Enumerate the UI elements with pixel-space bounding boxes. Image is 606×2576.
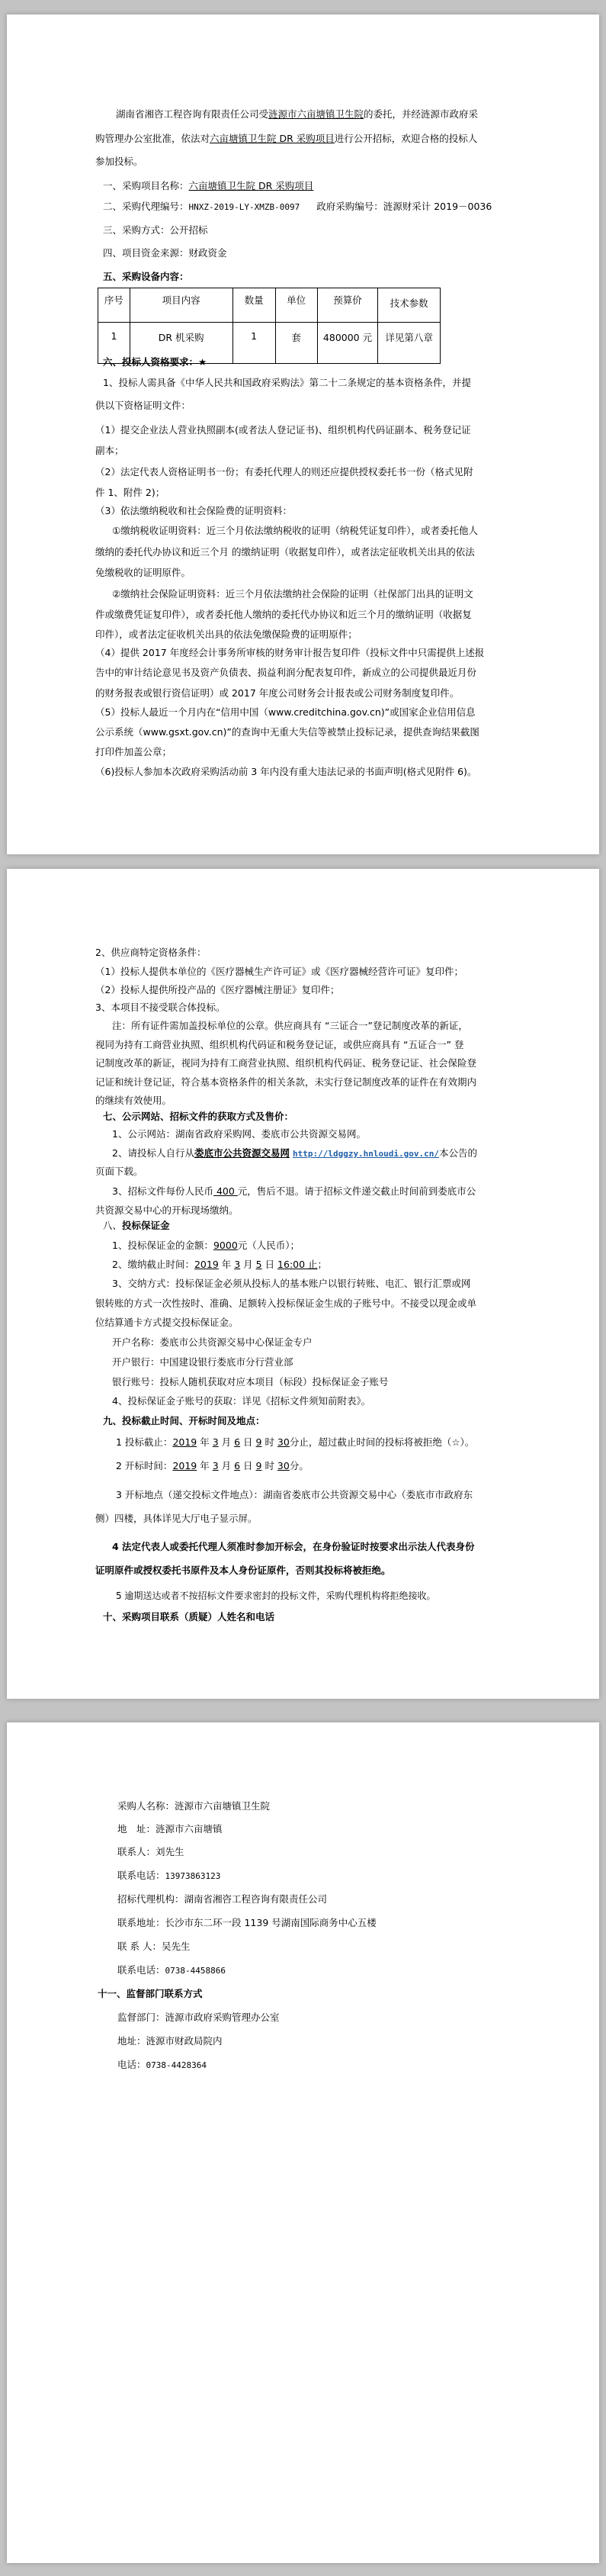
- bid-deadline-year: 2019: [172, 1436, 197, 1448]
- s6-item-4-line-2: 告中的审计结论意见书及资产负债表、损益利润分配表复印件，新成立的公司提供最近月份: [95, 667, 515, 679]
- opening-year: 2019: [172, 1460, 197, 1471]
- s6-item-5-line-3: 打印件加盖公章；: [95, 746, 515, 758]
- buyer-address: 地 址：涟源市六亩塘镇: [117, 1823, 537, 1835]
- document-price: 400: [213, 1185, 238, 1197]
- procurement-table: 序号 项目内容 数量 单位 预算价 技术参数 1 DR 机采购 1 套 4800…: [98, 288, 441, 364]
- s8-text: 1、投标保证金的金额：: [112, 1240, 213, 1251]
- deadline-year: 2019: [194, 1259, 219, 1270]
- section-5-heading: 五、采购设备内容：: [103, 271, 522, 283]
- intro-line-3: 参加投标。: [95, 156, 515, 168]
- s7-item-3-line-2: 共资源交易中心的开标现场缴纳。: [95, 1204, 515, 1217]
- supervisor-phone: 电话：0738-4428364: [117, 2059, 537, 2072]
- deadline-time: 16:00 止: [277, 1259, 318, 1270]
- s6-para-1-line-1: 1、投标人需具备《中华人民共和国政府采购法》第二十二条规定的基本资格条件，并提: [103, 377, 522, 389]
- q2-item-1: （1）投标人提供本单位的《医疗器械生产许可证》或《医疗器械经营许可证》复印件；: [95, 966, 515, 978]
- s6-item-2-line-2: 件 1、附件 2)；: [95, 487, 515, 499]
- s7-text: 元，售后不退。请于招标文件递交截止时间前到娄底市公: [238, 1185, 476, 1197]
- opening-minute: 30: [277, 1460, 290, 1471]
- s7-text: 3、招标文件每份人民币: [112, 1185, 213, 1197]
- supervisor-address: 地址：涟源市财政局院内: [117, 2035, 537, 2047]
- opening-hour: 9: [256, 1460, 262, 1471]
- website-name: 娄底市公共资源交易网: [194, 1147, 290, 1159]
- s6-item-3a-line-1: ①缴纳税收证明资料：近三个月依法缴纳税收的证明（纳税凭证复印件），或者委托他人: [112, 525, 531, 537]
- note-line-2: 视同为持有工商营业执照、组织机构代码证和税务登记证，或供应商具有 “五证合一” …: [95, 1039, 515, 1051]
- buyer-name: 采购人名称：涟源市六亩塘镇卫生院: [117, 1800, 537, 1812]
- section-label: 一、采购项目名称：: [103, 180, 189, 191]
- section-value: 六亩塘镇卫生院 DR 采购项目: [189, 180, 314, 191]
- s9-item-2: 2 开标时间：2019 年 3 月 6 日 9 时 30分。: [116, 1460, 535, 1472]
- table-header: 项目内容: [130, 288, 232, 323]
- s9-item-3-line-1: 3 开标地点（递交投标文件地点）：湖南省娄底市公共资源交易中心（娄底市市政府东: [116, 1489, 535, 1501]
- account-number: 银行账号：投标人随机获取对应本项目（标段）投标保证金子账号: [112, 1376, 531, 1388]
- account-name: 开户名称：娄底市公共资源交易中心保证金专户: [112, 1336, 531, 1349]
- supervisor-dept: 监督部门：涟源市政府采购管理办公室: [117, 2012, 537, 2024]
- s6-item-1-line-2: 副本；: [95, 445, 515, 457]
- s7-item-2-line-1: 2、请投标人自行从娄底市公共资源交易网 http://ldggzy.hnloud…: [112, 1147, 531, 1160]
- intro-text: 进行公开招标，欢迎合格的投标人: [335, 133, 478, 144]
- s6-item-3b-line-3: 印件），或者法定征收机关出具的依法免缴保险费的证明原件；: [95, 629, 515, 641]
- intro-line-2: 购管理办公室批准，依法对六亩塘镇卫生院 DR 采购项目进行公开招标，欢迎合格的投…: [95, 133, 515, 145]
- s7-item-1: 1、公示网站：湖南省政府采购网、娄底市公共资源交易网。: [112, 1128, 531, 1140]
- s9-item-4-line-2: 证明原件或授权委托书原件及本人身份证原件，否则其投标将被拒绝。: [95, 1565, 515, 1577]
- note-line-4: 记证和统计登记证，符合基本资格条件的相关条款，未实行登记制度改革的证件在有效期内: [95, 1076, 515, 1089]
- table-header: 技术参数: [378, 288, 441, 323]
- table-header: 数量: [232, 288, 275, 323]
- phone-label: 联系电话：: [117, 1964, 165, 1976]
- note-line-5: 的继续有效使用。: [95, 1095, 515, 1107]
- opening-month: 3: [213, 1460, 219, 1471]
- s8-text: 元（人民币）；: [238, 1240, 300, 1251]
- bid-deadline-minute: 30: [277, 1436, 290, 1448]
- s7-text: 本公告的: [439, 1147, 477, 1159]
- s6-item-2-line-1: （2）法定代表人资格证明书一份；有委托代理人的则还应提供授权委托书一份（格式见附: [95, 466, 515, 478]
- phone-label: 电话：: [117, 2059, 146, 2070]
- phone-label: 联系电话：: [117, 1870, 165, 1881]
- intro-text: 购管理办公室批准，依法对: [95, 133, 210, 144]
- opening-day: 6: [234, 1460, 240, 1471]
- s9-text: 分。: [290, 1460, 309, 1471]
- phone-number: 13973863123: [165, 1871, 221, 1881]
- s6-item-5-line-2: 公示系统（www.gsxt.gov.cn)”的查询中无重大失信等被禁止投标记录，…: [95, 726, 515, 738]
- agent-name: 招标代理机构：湖南省湘咨工程咨询有限责任公司: [117, 1893, 537, 1905]
- phone-number: 0738-4428364: [146, 2060, 207, 2070]
- intro-text: 湖南省湘咨工程咨询有限责任公司受: [116, 108, 268, 120]
- s6-item-4-line-3: 的财务报表或银行资信证明）或 2017 年度公司财务会计报表或公司财务制度复印件…: [95, 687, 515, 699]
- deadline-month: 3: [234, 1259, 240, 1270]
- s7-item-3-line-1: 3、招标文件每份人民币 400 元，售后不退。请于招标文件递交截止时间前到娄底市…: [112, 1185, 531, 1198]
- s9-text: 分止，超过截止时间的投标将被拒绝（☆）。: [290, 1436, 474, 1448]
- table-header: 单位: [275, 288, 317, 323]
- s8-item-3-line-2: 银转账的方式一次性按时、准确、足额转入投标保证金生成的子账号中。不接受以现金或单: [95, 1298, 515, 1310]
- note-line-3: 记制度改革的新证，视同为持有工商营业执照、组织机构代码证、税务登记证、社会保险登: [95, 1057, 515, 1069]
- note-line-1: 注：所有证件需加盖投标单位的公章。供应商具有 “三证合一”登记制度改革的新证，: [112, 1020, 531, 1032]
- s6-item-5-line-1: （5）投标人最近一个月内在“信用中国（www.creditchina.gov.c…: [95, 706, 515, 719]
- purchaser-name: 涟源市六亩塘镇卫生院: [268, 108, 364, 120]
- s9-item-3-line-2: 侧）四楼，具体详见大厅电子显示屏。: [95, 1513, 515, 1525]
- q3: 3、本项目不接受联合体投标。: [95, 1002, 515, 1014]
- agency-code: HNXZ-2019-LY-XMZB-0097: [189, 202, 300, 212]
- s8-item-2: 2、缴纳截止时间：2019 年 3 月 5 日 16:00 止；: [112, 1259, 531, 1271]
- s6-item-3a-line-3: 免缴税收的证明原件。: [95, 567, 515, 579]
- s6-item-3a-line-2: 缴纳的委托代办协议和近三个月 的缴纳证明（收据复印件），或者法定征收机关出具的依…: [95, 546, 515, 558]
- s7-item-2-line-2: 页面下载。: [95, 1166, 515, 1178]
- table-header: 预算价: [317, 288, 378, 323]
- s9-item-4-line-1: 4 法定代表人或委托代理人须准时参加开标会，在身份验证时按要求出示法人代表身份: [112, 1541, 531, 1553]
- agent-contact: 联 系 人：吴先生: [117, 1941, 537, 1953]
- s9-text: 1 投标截止：: [116, 1436, 172, 1448]
- s6-item-4-line-1: （4）提供 2017 年度经会计事务所审核的财务审计报告复印件（投标文件中只需提…: [95, 647, 515, 659]
- intro-line-1: 湖南省湘咨工程咨询有限责任公司受涟源市六亩塘镇卫生院的委托，并经涟源市政府采: [116, 108, 535, 121]
- section-title: 投标保证金: [122, 1220, 170, 1231]
- s8-item-1: 1、投标保证金的金额：9000元（人民币）；: [112, 1240, 531, 1252]
- bid-deadline-hour: 9: [256, 1436, 262, 1448]
- section-7-heading: 七、公示网站、招标文件的获取方式及售价：: [103, 1111, 522, 1123]
- section-6-heading: 六、投标人资格要求：★: [103, 356, 522, 368]
- deposit-amount: 9000: [213, 1240, 238, 1251]
- project-name: 六亩塘镇卫生院 DR 采购项目: [210, 133, 335, 144]
- phone-number: 0738-4458866: [165, 1966, 226, 1976]
- gov-code: 涟源财采计 2019－0036: [383, 201, 492, 212]
- q2-item-2: （2）投标人提供所投产品的《医疗器械注册证》复印件；: [95, 984, 515, 996]
- table-header-row: 序号 项目内容 数量 单位 预算价 技术参数: [98, 288, 441, 323]
- s6-item-3: （3）依法缴纳税收和社会保险费的证明资料：: [95, 505, 515, 517]
- section-9-heading: 九、投标截止时间、开标时间及地点：: [103, 1415, 522, 1427]
- s8-item-4: 4、投标保证金子账号的获取：详见《招标文件须知前附表》。: [112, 1395, 531, 1407]
- gov-code-label: 政府采购编号：: [316, 201, 383, 212]
- q2-heading: 2、供应商特定资格条件：: [95, 947, 515, 959]
- s8-text: 2、缴纳截止时间：: [112, 1259, 194, 1270]
- s6-item-1-line-1: （1）提交企业法人营业执照副本(或者法人登记证书)、组织机构代码证副本、税务登记…: [95, 424, 515, 436]
- s9-item-5: 5 逾期送达或者不按招标文件要求密封的投标文件，采购代理机构将拒绝接收。: [116, 1590, 535, 1602]
- section-10-heading: 十、采购项目联系（质疑）人姓名和电话: [103, 1611, 522, 1623]
- buyer-contact: 联系人：刘先生: [117, 1846, 537, 1858]
- s9-text: 2 开标时间：: [116, 1460, 172, 1471]
- s8-item-3-line-1: 3、交纳方式：投标保证金必须从投标人的基本账户以银行转账、电汇、银行汇票或网: [112, 1278, 531, 1290]
- table-header: 序号: [98, 288, 130, 323]
- intro-text: 的委托，并经涟源市政府采: [364, 108, 478, 120]
- section-11-heading: 十一、监督部门联系方式: [98, 1988, 517, 2000]
- s9-item-1: 1 投标截止：2019 年 3 月 6 日 9 时 30分止，超过截止时间的投标…: [116, 1436, 535, 1449]
- section-1-project-name: 一、采购项目名称：六亩塘镇卫生院 DR 采购项目: [103, 180, 522, 192]
- account-bank: 开户银行：中国建设银行娄底市分行营业部: [112, 1356, 531, 1368]
- s6-item-3b-line-1: ②缴纳社会保险证明资料：近三个月依法缴纳社会保险的证明（社保部门出具的证明文: [112, 588, 531, 600]
- section-8-heading: 八、投标保证金: [103, 1220, 522, 1232]
- section-number: 八、: [103, 1220, 122, 1231]
- website-link[interactable]: http://ldggzy.hnloudi.gov.cn/: [293, 1149, 439, 1159]
- section-4-funding: 四、项目资金来源：财政资金: [103, 247, 522, 259]
- s6-para-1-line-2: 供以下资格证明文件：: [95, 400, 515, 412]
- s8-item-3-line-3: 位结算通卡方式提交投标保证金。: [95, 1317, 515, 1329]
- bid-deadline-month: 3: [213, 1436, 219, 1448]
- s7-text: 2、请投标人自行从: [112, 1147, 194, 1159]
- agent-phone: 联系电话：0738-4458866: [117, 1964, 537, 1977]
- s6-item-6: （6)投标人参加本次政府采购活动前 3 年内没有重大违法记录的书面声明(格式见附…: [95, 766, 515, 778]
- s6-item-3b-line-2: 件或缴费凭证复印件），或者委托他人缴纳的委托代办协议和近三个月的缴纳证明（收据复: [95, 609, 515, 621]
- buyer-phone: 联系电话：13973863123: [117, 1870, 537, 1883]
- deadline-day: 5: [256, 1259, 262, 1270]
- section-2-codes: 二、采购代理编号：HNXZ-2019-LY-XMZB-0097政府采购编号：涟源…: [103, 201, 522, 214]
- section-label: 二、采购代理编号：: [103, 201, 189, 212]
- agent-address: 联系地址：长沙市东二环一段 1139 号湖南国际商务中心五楼: [117, 1917, 537, 1929]
- section-3-method: 三、采购方式：公开招标: [103, 224, 522, 236]
- bid-deadline-day: 6: [234, 1436, 240, 1448]
